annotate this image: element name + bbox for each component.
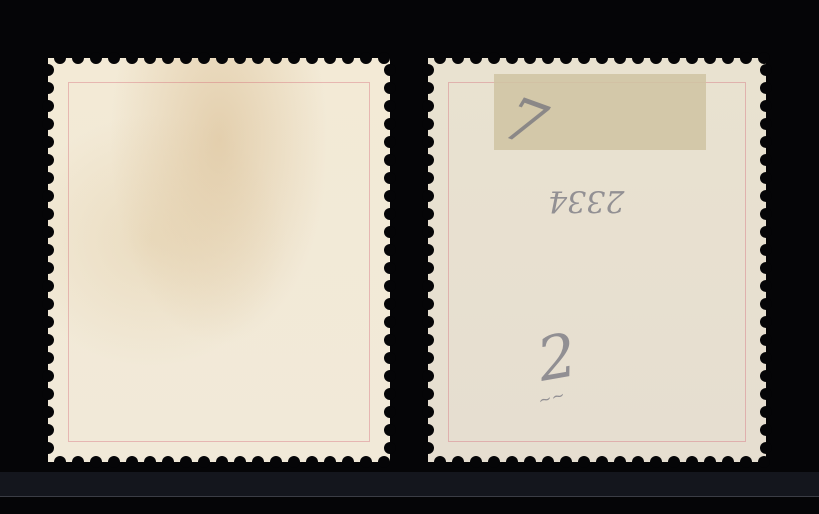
perforation: [422, 136, 434, 148]
perforation: [422, 388, 434, 400]
perforation: [422, 226, 434, 238]
perforation: [760, 226, 772, 238]
perforation: [632, 52, 644, 64]
perforation: [722, 456, 734, 468]
perforation: [198, 52, 210, 64]
perforation: [760, 244, 772, 256]
perforation: [488, 52, 500, 64]
perforation: [422, 82, 434, 94]
perforation: [524, 52, 536, 64]
perforation: [384, 280, 396, 292]
perforation: [488, 456, 500, 468]
perforation: [126, 52, 138, 64]
perforation: [42, 118, 54, 130]
perforation: [180, 456, 192, 468]
perforation: [384, 262, 396, 274]
perforation: [760, 388, 772, 400]
perforation: [704, 456, 716, 468]
perforation: [384, 442, 396, 454]
perforation: [270, 456, 282, 468]
perforation: [422, 370, 434, 382]
perforation: [324, 52, 336, 64]
perforation: [216, 52, 228, 64]
perforation: [42, 172, 54, 184]
perforation: [360, 456, 372, 468]
perforation: [760, 208, 772, 220]
perforation: [234, 52, 246, 64]
perforation: [384, 208, 396, 220]
perforation: [384, 172, 396, 184]
perforation: [668, 52, 680, 64]
perforation: [632, 456, 644, 468]
perforation: [614, 52, 626, 64]
perforation: [42, 190, 54, 202]
perforation: [216, 456, 228, 468]
perforation: [422, 442, 434, 454]
perforation: [180, 52, 192, 64]
perforation: [434, 456, 446, 468]
perforation: [42, 136, 54, 148]
perforation: [384, 388, 396, 400]
perforation: [126, 456, 138, 468]
perforation: [758, 456, 770, 468]
perforation: [108, 52, 120, 64]
perforation: [560, 52, 572, 64]
pencil-mark: 2334: [548, 183, 624, 218]
perforation: [422, 244, 434, 256]
perforation: [42, 64, 54, 76]
perforation: [422, 424, 434, 436]
perforation: [760, 352, 772, 364]
perforation: [596, 52, 608, 64]
perforation: [42, 334, 54, 346]
perforation: [384, 100, 396, 112]
perforation: [162, 52, 174, 64]
perforation: [384, 244, 396, 256]
perforation: [422, 280, 434, 292]
perforation: [384, 298, 396, 310]
perforation: [108, 456, 120, 468]
perforation: [42, 280, 54, 292]
perforation: [384, 370, 396, 382]
perforation: [650, 456, 662, 468]
perforation: [384, 64, 396, 76]
perforation: [384, 334, 396, 346]
perforation: [760, 100, 772, 112]
perforation: [144, 456, 156, 468]
perforation: [686, 52, 698, 64]
perforation: [384, 190, 396, 202]
perforation: [42, 424, 54, 436]
perforation: [72, 456, 84, 468]
perforation: [650, 52, 662, 64]
perforation: [324, 456, 336, 468]
perforation: [542, 456, 554, 468]
stamp-left: [48, 58, 390, 462]
perforation: [42, 316, 54, 328]
perforation: [198, 456, 210, 468]
perforation: [704, 52, 716, 64]
perforation: [740, 456, 752, 468]
perforation: [162, 456, 174, 468]
perforation: [422, 316, 434, 328]
perforation: [760, 82, 772, 94]
perforation: [378, 52, 390, 64]
perforation: [760, 190, 772, 202]
perforation: [760, 64, 772, 76]
background-strip: [0, 472, 819, 497]
perforation: [760, 316, 772, 328]
perforation: [760, 424, 772, 436]
perforation: [506, 456, 518, 468]
perforation: [306, 52, 318, 64]
perforation: [740, 52, 752, 64]
perforation: [72, 52, 84, 64]
perforation: [42, 208, 54, 220]
perforation: [614, 456, 626, 468]
perforation: [524, 456, 536, 468]
perforation: [384, 82, 396, 94]
perforation: [722, 52, 734, 64]
perforation: [42, 244, 54, 256]
perforation: [760, 334, 772, 346]
perforation: [384, 136, 396, 148]
perforation: [422, 352, 434, 364]
perforation: [234, 456, 246, 468]
perforation: [760, 298, 772, 310]
stamp-right: 7 2334 2 ~~: [428, 58, 766, 462]
perforation: [42, 100, 54, 112]
perforation: [90, 52, 102, 64]
perforation: [422, 208, 434, 220]
perforation: [434, 52, 446, 64]
perforation: [668, 456, 680, 468]
perforation: [288, 456, 300, 468]
perforation: [560, 456, 572, 468]
perforation: [342, 52, 354, 64]
perforation: [384, 316, 396, 328]
perforation: [422, 298, 434, 310]
perforation: [42, 82, 54, 94]
show-through-frame: [68, 82, 370, 442]
perforation: [54, 456, 66, 468]
perforation: [760, 280, 772, 292]
perforation: [384, 118, 396, 130]
perforation: [42, 406, 54, 418]
perforation: [144, 52, 156, 64]
perforation: [452, 52, 464, 64]
perforation: [760, 154, 772, 166]
perforation: [422, 172, 434, 184]
perforation: [42, 442, 54, 454]
perforation: [470, 456, 482, 468]
perforation: [760, 172, 772, 184]
perforation: [378, 456, 390, 468]
perforation: [384, 424, 396, 436]
perforation: [422, 190, 434, 202]
perforation: [384, 154, 396, 166]
perforation: [42, 226, 54, 238]
perforation: [384, 352, 396, 364]
perforation: [422, 406, 434, 418]
perforation: [270, 52, 282, 64]
perforation: [470, 52, 482, 64]
perforation: [42, 352, 54, 364]
perforation: [452, 456, 464, 468]
perforation: [384, 226, 396, 238]
perforation: [422, 118, 434, 130]
perforation: [384, 406, 396, 418]
perforation: [42, 262, 54, 274]
perforation: [422, 64, 434, 76]
perforation: [42, 370, 54, 382]
perforation: [578, 456, 590, 468]
perforation: [760, 118, 772, 130]
perforation: [90, 456, 102, 468]
perforation: [42, 388, 54, 400]
perforation: [542, 52, 554, 64]
perforation: [360, 52, 372, 64]
perforation: [422, 262, 434, 274]
perforation: [596, 456, 608, 468]
perforation: [422, 154, 434, 166]
perforation: [288, 52, 300, 64]
perforation: [422, 100, 434, 112]
perforation: [760, 406, 772, 418]
perforation: [686, 456, 698, 468]
perforation: [54, 52, 66, 64]
perforation: [342, 456, 354, 468]
perforation: [252, 456, 264, 468]
perforation: [760, 442, 772, 454]
perforation: [760, 262, 772, 274]
perforation: [760, 136, 772, 148]
perforation: [42, 154, 54, 166]
perforation: [578, 52, 590, 64]
perforation: [506, 52, 518, 64]
perforation: [306, 456, 318, 468]
perforation: [42, 298, 54, 310]
perforation: [252, 52, 264, 64]
perforation: [422, 334, 434, 346]
perforation: [758, 52, 770, 64]
perforation: [760, 370, 772, 382]
